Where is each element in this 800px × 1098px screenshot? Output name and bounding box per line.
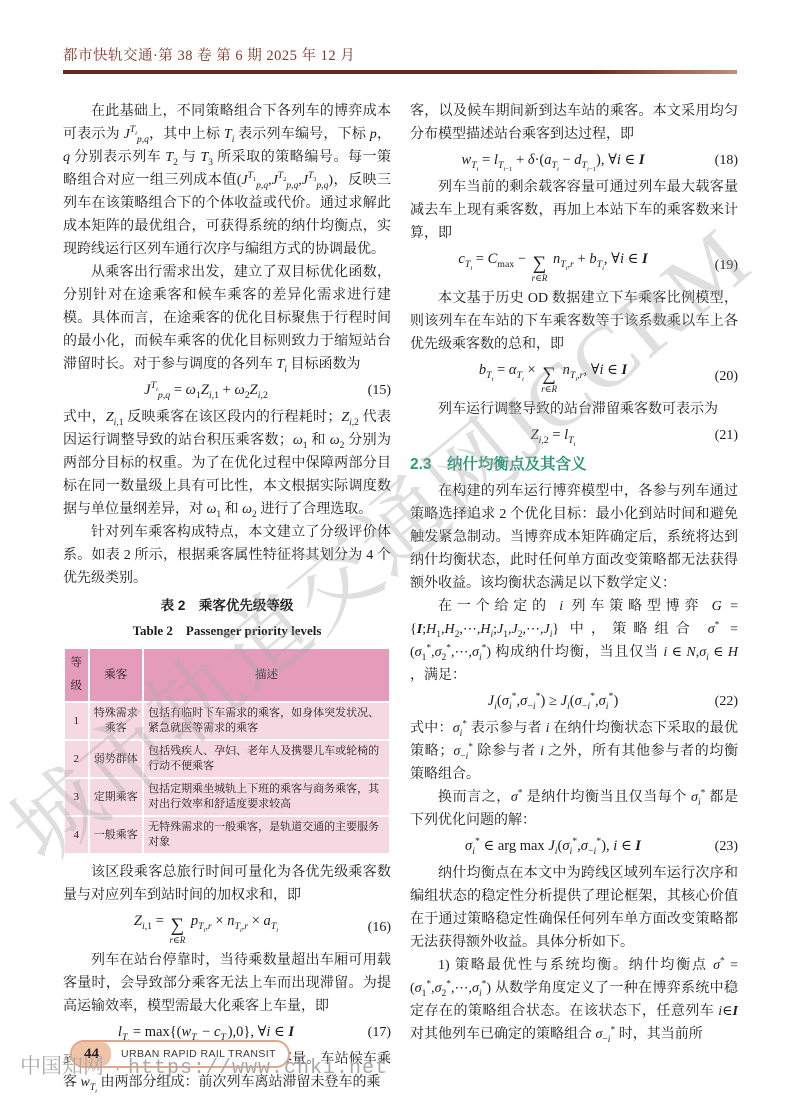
table-header-cell: 乘客 <box>89 648 144 702</box>
cnki-name: 中国知网 <box>20 1054 104 1078</box>
paragraph: 从乘客出行需求出发，建立了双目标优化函数，分别针对在途乘客和候车乘客的差异化需求… <box>63 261 391 376</box>
table-row: 1特殊需求乘客包括有临时下车需求的乘客，如身体突发状况、紧急就医等需求的乘客 <box>64 702 390 740</box>
paragraph: 该区段乘客总旅行时间可量化为各优先级乘客数量与对应列车到站时间的加权求和，即 <box>63 861 391 907</box>
equation-body: wTi = lTi−1 + δ·(aTi − dTi−1), ∀i ∈ I <box>410 149 696 172</box>
paragraph: 本文基于历史 OD 数据建立下车乘客比例模型，则该列车在车站的下车乘客数等于该系… <box>410 287 738 356</box>
paragraph: 列车运行调整导致的站台滞留乘客数可表示为 <box>410 398 738 421</box>
equation: wTi = lTi−1 + δ·(aTi − dTi−1), ∀i ∈ I(18… <box>410 149 738 172</box>
table-caption-en: Table 2 Passenger priority levels <box>63 619 391 642</box>
table-cell: 特殊需求乘客 <box>89 702 144 740</box>
equation-number: (20) <box>696 365 738 388</box>
table-cell: 弱势群体 <box>89 740 144 778</box>
paragraph: 列车在站台停靠时，当待乘数量超出车厢可用载客量时，会导致部分乘客无法上车而出现滞… <box>63 949 391 1018</box>
equation-body: bTi = αTi × ∑r∈R nTi,r, ∀i ∈ I <box>410 359 696 394</box>
equation-body: Zi,2 = lTi <box>410 424 696 447</box>
cnki-watermark: 中国知网https://www.cnki.net <box>20 1050 388 1080</box>
right-column: 客，以及候车期间新到达车站的乘客。本文采用均匀分布模型描述站台乘客到达过程，即w… <box>410 100 738 1046</box>
paragraph: 式中，Zi,1 反映乘客在该区段内的行程耗时；Zi,2 代表因运行调整导致的站台… <box>63 406 391 521</box>
equation-number: (16) <box>349 916 391 939</box>
paragraph: 列车当前的剩余载客容量可通过列车最大载客量减去车上现有乘客数，再加上本站下车的乘… <box>410 176 738 245</box>
table-row: 4一般乘客无特殊需求的一般乘客，是轨道交通的主要服务对象 <box>64 816 390 854</box>
paragraph: 1) 策略最优性与系统均衡。纳什均衡点 σ* = (σ1*,σ2*,⋯,σi*)… <box>410 954 738 1046</box>
paragraph: 纳什均衡点在本文中为跨线区域列车运行次序和编组状态的稳定性分析提供了理论框架，其… <box>410 862 738 954</box>
passenger-priority-table: 等级乘客描述1特殊需求乘客包括有临时下车需求的乘客，如身体突发状况、紧急就医等需… <box>63 647 391 855</box>
table-cell: 定期乘客 <box>89 778 144 816</box>
left-column: 在此基础上，不同策略组合下各列车的博弈成本可表示为 JTip,q，其中上标 Ti… <box>63 100 391 1094</box>
table-row: 2弱势群体包括残疾人、孕妇、老年人及携婴儿车或轮椅的行动不便乘客 <box>64 740 390 778</box>
table-cell: 1 <box>64 702 89 740</box>
equation-body: Zi,1 = ∑r∈R pTi,r × nTi,r × aTi <box>63 910 349 945</box>
section-heading: 2.3 纳什均衡点及其含义 <box>410 453 738 476</box>
paragraph: 客，以及候车期间新到达车站的乘客。本文采用均匀分布模型描述站台乘客到达过程，即 <box>410 100 738 146</box>
table-cell: 包括定期乘坐城轨上下班的乘客与商务乘客，其对出行效率和舒适度要求较高 <box>143 778 390 816</box>
journal-header: 都市快轨交通·第 38 卷 第 6 期 2025 年 12 月 <box>63 44 737 65</box>
cnki-url: https://www.cnki.net <box>128 1057 388 1080</box>
paragraph: 在构建的列车运行博弈模型中，各参与列车通过策略选择追求 2 个优化目标：最小化到… <box>410 480 738 595</box>
table-cell: 一般乘客 <box>89 816 144 854</box>
equation-number: (23) <box>696 835 738 858</box>
paragraph: 式中：σi* 表示参与者 i 在纳什均衡状态下采取的最优策略；σ−i* 除参与者… <box>410 717 738 786</box>
equation: Ji(σi*,σ−i*) ≥ Ji(σ−i*,σi*)(22) <box>410 690 738 713</box>
table-row: 3定期乘客包括定期乘坐城轨上下班的乘客与商务乘客，其对出行效率和舒适度要求较高 <box>64 778 390 816</box>
equation: JTip,q = ω1Zi,1 + ω2Zi,2(15) <box>63 379 391 402</box>
equation-body: Ji(σi*,σ−i*) ≥ Ji(σ−i*,σi*) <box>410 690 696 713</box>
equation-number: (21) <box>696 424 738 447</box>
equation-body: cTi = Cmax − ∑r∈R nTi,r + bTi, ∀i ∈ I <box>410 248 696 283</box>
table-header-row: 等级乘客描述 <box>64 648 390 702</box>
paragraph: 针对列车乘客构成特点，本文建立了分级评价体系。如表 2 所示，根据乘客属性特征将… <box>63 521 391 590</box>
equation: Zi,2 = lTi(21) <box>410 424 738 447</box>
equation: σi* ∈ arg max Ji(σi*,σ−i*), i ∈ I(23) <box>410 835 738 858</box>
table-cell: 包括残疾人、孕妇、老年人及携婴儿车或轮椅的行动不便乘客 <box>143 740 390 778</box>
table-cell: 包括有临时下车需求的乘客，如身体突发状况、紧急就医等需求的乘客 <box>143 702 390 740</box>
table-cell: 2 <box>64 740 89 778</box>
equation-body: JTip,q = ω1Zi,1 + ω2Zi,2 <box>63 379 349 402</box>
paragraph: 在此基础上，不同策略组合下各列车的博弈成本可表示为 JTip,q，其中上标 Ti… <box>63 100 391 261</box>
equation-body: σi* ∈ arg max Ji(σi*,σ−i*), i ∈ I <box>410 835 696 858</box>
page: 都市快轨交通·第 38 卷 第 6 期 2025 年 12 月 在此基础上，不同… <box>0 0 800 1098</box>
equation-number: (18) <box>696 149 738 172</box>
table-caption: 表 2 乘客优先级等级Table 2 Passenger priority le… <box>63 594 391 642</box>
table-header-cell: 等级 <box>64 648 89 702</box>
paragraph: 在一个给定的 i 列车策略型博弈 G = {I;H1,H2,⋯,Hi;J1,J2… <box>410 595 738 687</box>
equation-number: (19) <box>696 254 738 277</box>
equation-number: (22) <box>696 690 738 713</box>
table-cell: 4 <box>64 816 89 854</box>
table-caption-cn: 表 2 乘客优先级等级 <box>63 594 391 617</box>
paragraph: 换而言之，σ* 是纳什均衡当且仅当每个 σi* 都是下列优化问题的解： <box>410 786 738 832</box>
table-cell: 无特殊需求的一般乘客，是轨道交通的主要服务对象 <box>143 816 390 854</box>
table-header-cell: 描述 <box>143 648 390 702</box>
equation-number: (15) <box>349 379 391 402</box>
header-rule <box>63 70 737 74</box>
equation: cTi = Cmax − ∑r∈R nTi,r + bTi, ∀i ∈ I(19… <box>410 248 738 283</box>
table-cell: 3 <box>64 778 89 816</box>
equation: bTi = αTi × ∑r∈R nTi,r, ∀i ∈ I(20) <box>410 359 738 394</box>
equation-number: (17) <box>349 1021 391 1044</box>
equation: Zi,1 = ∑r∈R pTi,r × nTi,r × aTi(16) <box>63 910 391 945</box>
